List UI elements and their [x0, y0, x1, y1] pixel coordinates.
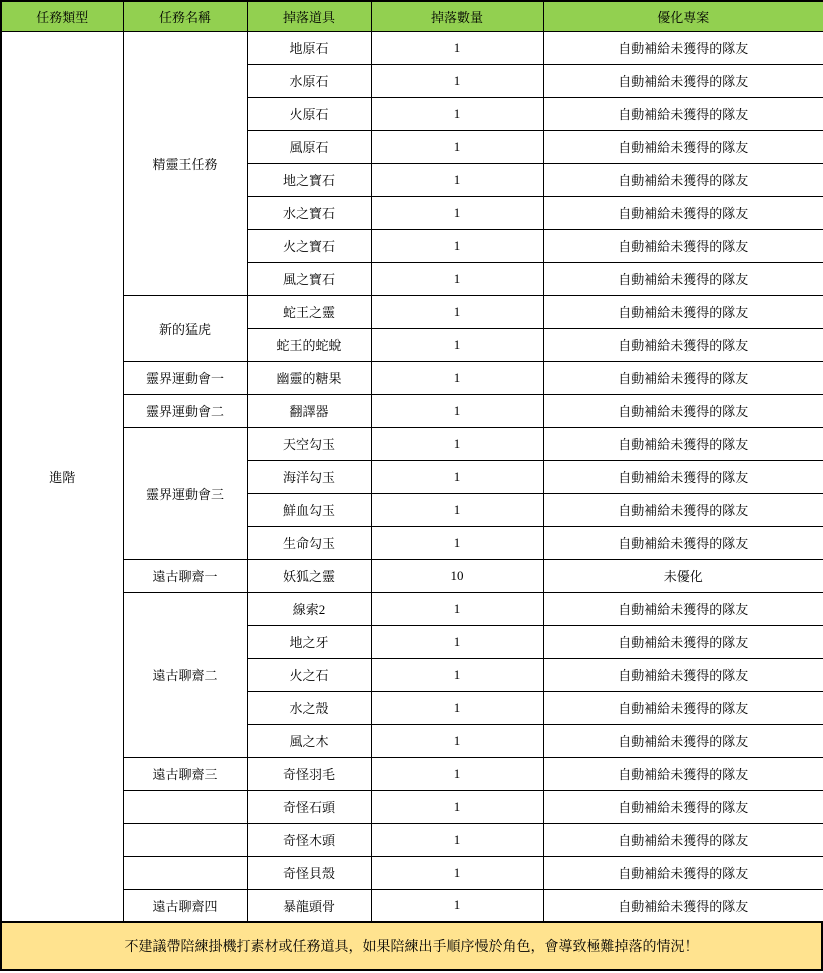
drop-qty-cell: 1: [371, 493, 543, 526]
drop-item-cell: 火之寶石: [247, 229, 371, 262]
drop-item-cell: 幽靈的糖果: [247, 361, 371, 394]
drop-qty-cell: 1: [371, 130, 543, 163]
drop-qty-cell: 1: [371, 625, 543, 658]
drop-item-cell: 蛇王的蛇蛻: [247, 328, 371, 361]
table-row: 奇怪石頭 1 自動補給未獲得的隊友: [1, 790, 823, 823]
optimization-cell: 自動補給未獲得的隊友: [543, 460, 823, 493]
optimization-cell: 自動補給未獲得的隊友: [543, 526, 823, 559]
task-name-cell: 遠古聊齋三: [123, 757, 247, 790]
optimization-cell: 自動補給未獲得的隊友: [543, 724, 823, 757]
optimization-cell: 自動補給未獲得的隊友: [543, 328, 823, 361]
optimization-cell: 自動補給未獲得的隊友: [543, 163, 823, 196]
table-row: 遠古聊齋四 暴龍頭骨 1 自動補給未獲得的隊友: [1, 889, 823, 922]
task-name-cell: 靈界運動會三: [123, 427, 247, 559]
drop-qty-cell: 1: [371, 31, 543, 64]
drop-qty-cell: 1: [371, 757, 543, 790]
col-header-optimization: 優化專案: [543, 1, 823, 31]
drop-item-cell: 暴龍頭骨: [247, 889, 371, 922]
drop-item-cell: 地之牙: [247, 625, 371, 658]
drop-item-cell: 水之寶石: [247, 196, 371, 229]
task-name-cell: 遠古聊齋四: [123, 889, 247, 922]
table-row: 遠古聊齋三 奇怪羽毛 1 自動補給未獲得的隊友: [1, 757, 823, 790]
task-name-cell: 遠古聊齋一: [123, 559, 247, 592]
drop-qty-cell: 1: [371, 592, 543, 625]
col-header-task-name: 任務名稱: [123, 1, 247, 31]
drop-item-cell: 蛇王之靈: [247, 295, 371, 328]
task-name-cell: 遠古聊齋二: [123, 592, 247, 757]
drop-item-cell: 鮮血勾玉: [247, 493, 371, 526]
task-name-cell: [123, 856, 247, 889]
table-row: 靈界運動會二 翻譯器 1 自動補給未獲得的隊友: [1, 394, 823, 427]
optimization-cell: 自動補給未獲得的隊友: [543, 196, 823, 229]
optimization-cell: 自動補給未獲得的隊友: [543, 790, 823, 823]
optimization-cell: 未優化: [543, 559, 823, 592]
drop-qty-cell: 1: [371, 724, 543, 757]
table-row: 靈界運動會三 天空勾玉 1 自動補給未獲得的隊友: [1, 427, 823, 460]
drop-qty-cell: 1: [371, 460, 543, 493]
optimization-cell: 自動補給未獲得的隊友: [543, 889, 823, 922]
table-row: 奇怪木頭 1 自動補給未獲得的隊友: [1, 823, 823, 856]
optimization-cell: 自動補給未獲得的隊友: [543, 229, 823, 262]
drop-item-cell: 妖狐之靈: [247, 559, 371, 592]
drop-qty-cell: 1: [371, 97, 543, 130]
drop-item-cell: 奇怪木頭: [247, 823, 371, 856]
drop-qty-cell: 1: [371, 427, 543, 460]
drop-item-cell: 海洋勾玉: [247, 460, 371, 493]
table-row: 遠古聊齋二 線索2 1 自動補給未獲得的隊友: [1, 592, 823, 625]
drop-item-cell: 生命勾玉: [247, 526, 371, 559]
task-name-cell: 靈界運動會二: [123, 394, 247, 427]
table-row: 進階 精靈王任務 地原石 1 自動補給未獲得的隊友: [1, 31, 823, 64]
spreadsheet-region: 任務類型 任務名稱 掉落道具 掉落數量 優化專案 進階 精靈王任務 地原石 1 …: [0, 0, 823, 973]
optimization-cell: 自動補給未獲得的隊友: [543, 130, 823, 163]
optimization-cell: 自動補給未獲得的隊友: [543, 856, 823, 889]
optimization-cell: 自動補給未獲得的隊友: [543, 691, 823, 724]
optimization-cell: 自動補給未獲得的隊友: [543, 625, 823, 658]
drop-item-cell: 翻譯器: [247, 394, 371, 427]
optimization-cell: 自動補給未獲得的隊友: [543, 31, 823, 64]
table-row: 遠古聊齋一 妖狐之靈 10 未優化: [1, 559, 823, 592]
optimization-cell: 自動補給未獲得的隊友: [543, 658, 823, 691]
optimization-cell: 自動補給未獲得的隊友: [543, 592, 823, 625]
optimization-cell: 自動補給未獲得的隊友: [543, 97, 823, 130]
drop-item-cell: 地之寶石: [247, 163, 371, 196]
table-row: 新的猛虎 蛇王之靈 1 自動補給未獲得的隊友: [1, 295, 823, 328]
optimization-cell: 自動補給未獲得的隊友: [543, 493, 823, 526]
task-name-cell: 精靈王任務: [123, 31, 247, 295]
col-header-task-type: 任務類型: [1, 1, 123, 31]
optimization-cell: 自動補給未獲得的隊友: [543, 64, 823, 97]
col-header-drop-qty: 掉落數量: [371, 1, 543, 31]
drop-qty-cell: 1: [371, 691, 543, 724]
drop-item-cell: 風原石: [247, 130, 371, 163]
drop-item-cell: 奇怪石頭: [247, 790, 371, 823]
drop-item-cell: 水之殼: [247, 691, 371, 724]
drop-qty-cell: 1: [371, 889, 543, 922]
optimization-cell: 自動補給未獲得的隊友: [543, 394, 823, 427]
task-name-cell: [123, 790, 247, 823]
table-row: 靈界運動會一 幽靈的糖果 1 自動補給未獲得的隊友: [1, 361, 823, 394]
drop-item-cell: 奇怪羽毛: [247, 757, 371, 790]
drop-item-cell: 奇怪貝殼: [247, 856, 371, 889]
drop-qty-cell: 1: [371, 823, 543, 856]
optimization-cell: 自動補給未獲得的隊友: [543, 262, 823, 295]
drop-qty-cell: 1: [371, 394, 543, 427]
drop-qty-cell: 1: [371, 229, 543, 262]
drop-qty-cell: 1: [371, 361, 543, 394]
task-name-cell: [123, 823, 247, 856]
drop-qty-cell: 1: [371, 526, 543, 559]
task-type-cell: 進階: [1, 31, 123, 922]
col-header-drop-item: 掉落道具: [247, 1, 371, 31]
drop-item-cell: 地原石: [247, 31, 371, 64]
drop-qty-cell: 1: [371, 295, 543, 328]
drop-qty-cell: 1: [371, 262, 543, 295]
task-name-cell: 靈界運動會一: [123, 361, 247, 394]
drop-qty-cell: 1: [371, 790, 543, 823]
optimization-cell: 自動補給未獲得的隊友: [543, 361, 823, 394]
drop-item-cell: 風之木: [247, 724, 371, 757]
optimization-cell: 自動補給未獲得的隊友: [543, 757, 823, 790]
drop-item-cell: 天空勾玉: [247, 427, 371, 460]
optimization-cell: 自動補給未獲得的隊友: [543, 427, 823, 460]
drop-item-cell: 風之寶石: [247, 262, 371, 295]
drop-qty-cell: 1: [371, 856, 543, 889]
table-row: 奇怪貝殼 1 自動補給未獲得的隊友: [1, 856, 823, 889]
drop-qty-cell: 1: [371, 658, 543, 691]
drop-qty-cell: 1: [371, 64, 543, 97]
task-name-cell: 新的猛虎: [123, 295, 247, 361]
drop-item-cell: 線索2: [247, 592, 371, 625]
drop-item-cell: 火原石: [247, 97, 371, 130]
drop-qty-cell: 10: [371, 559, 543, 592]
quest-drop-table: 任務類型 任務名稱 掉落道具 掉落數量 優化專案 進階 精靈王任務 地原石 1 …: [0, 0, 823, 923]
table-header-row: 任務類型 任務名稱 掉落道具 掉落數量 優化專案: [1, 1, 823, 31]
drop-item-cell: 水原石: [247, 64, 371, 97]
drop-qty-cell: 1: [371, 196, 543, 229]
optimization-cell: 自動補給未獲得的隊友: [543, 823, 823, 856]
footer-note: 不建議帶陪練掛機打素材或任務道具，如果陪練出手順序慢於角色，會導致極難掉落的情況…: [0, 921, 823, 971]
drop-item-cell: 火之石: [247, 658, 371, 691]
drop-qty-cell: 1: [371, 328, 543, 361]
optimization-cell: 自動補給未獲得的隊友: [543, 295, 823, 328]
drop-qty-cell: 1: [371, 163, 543, 196]
